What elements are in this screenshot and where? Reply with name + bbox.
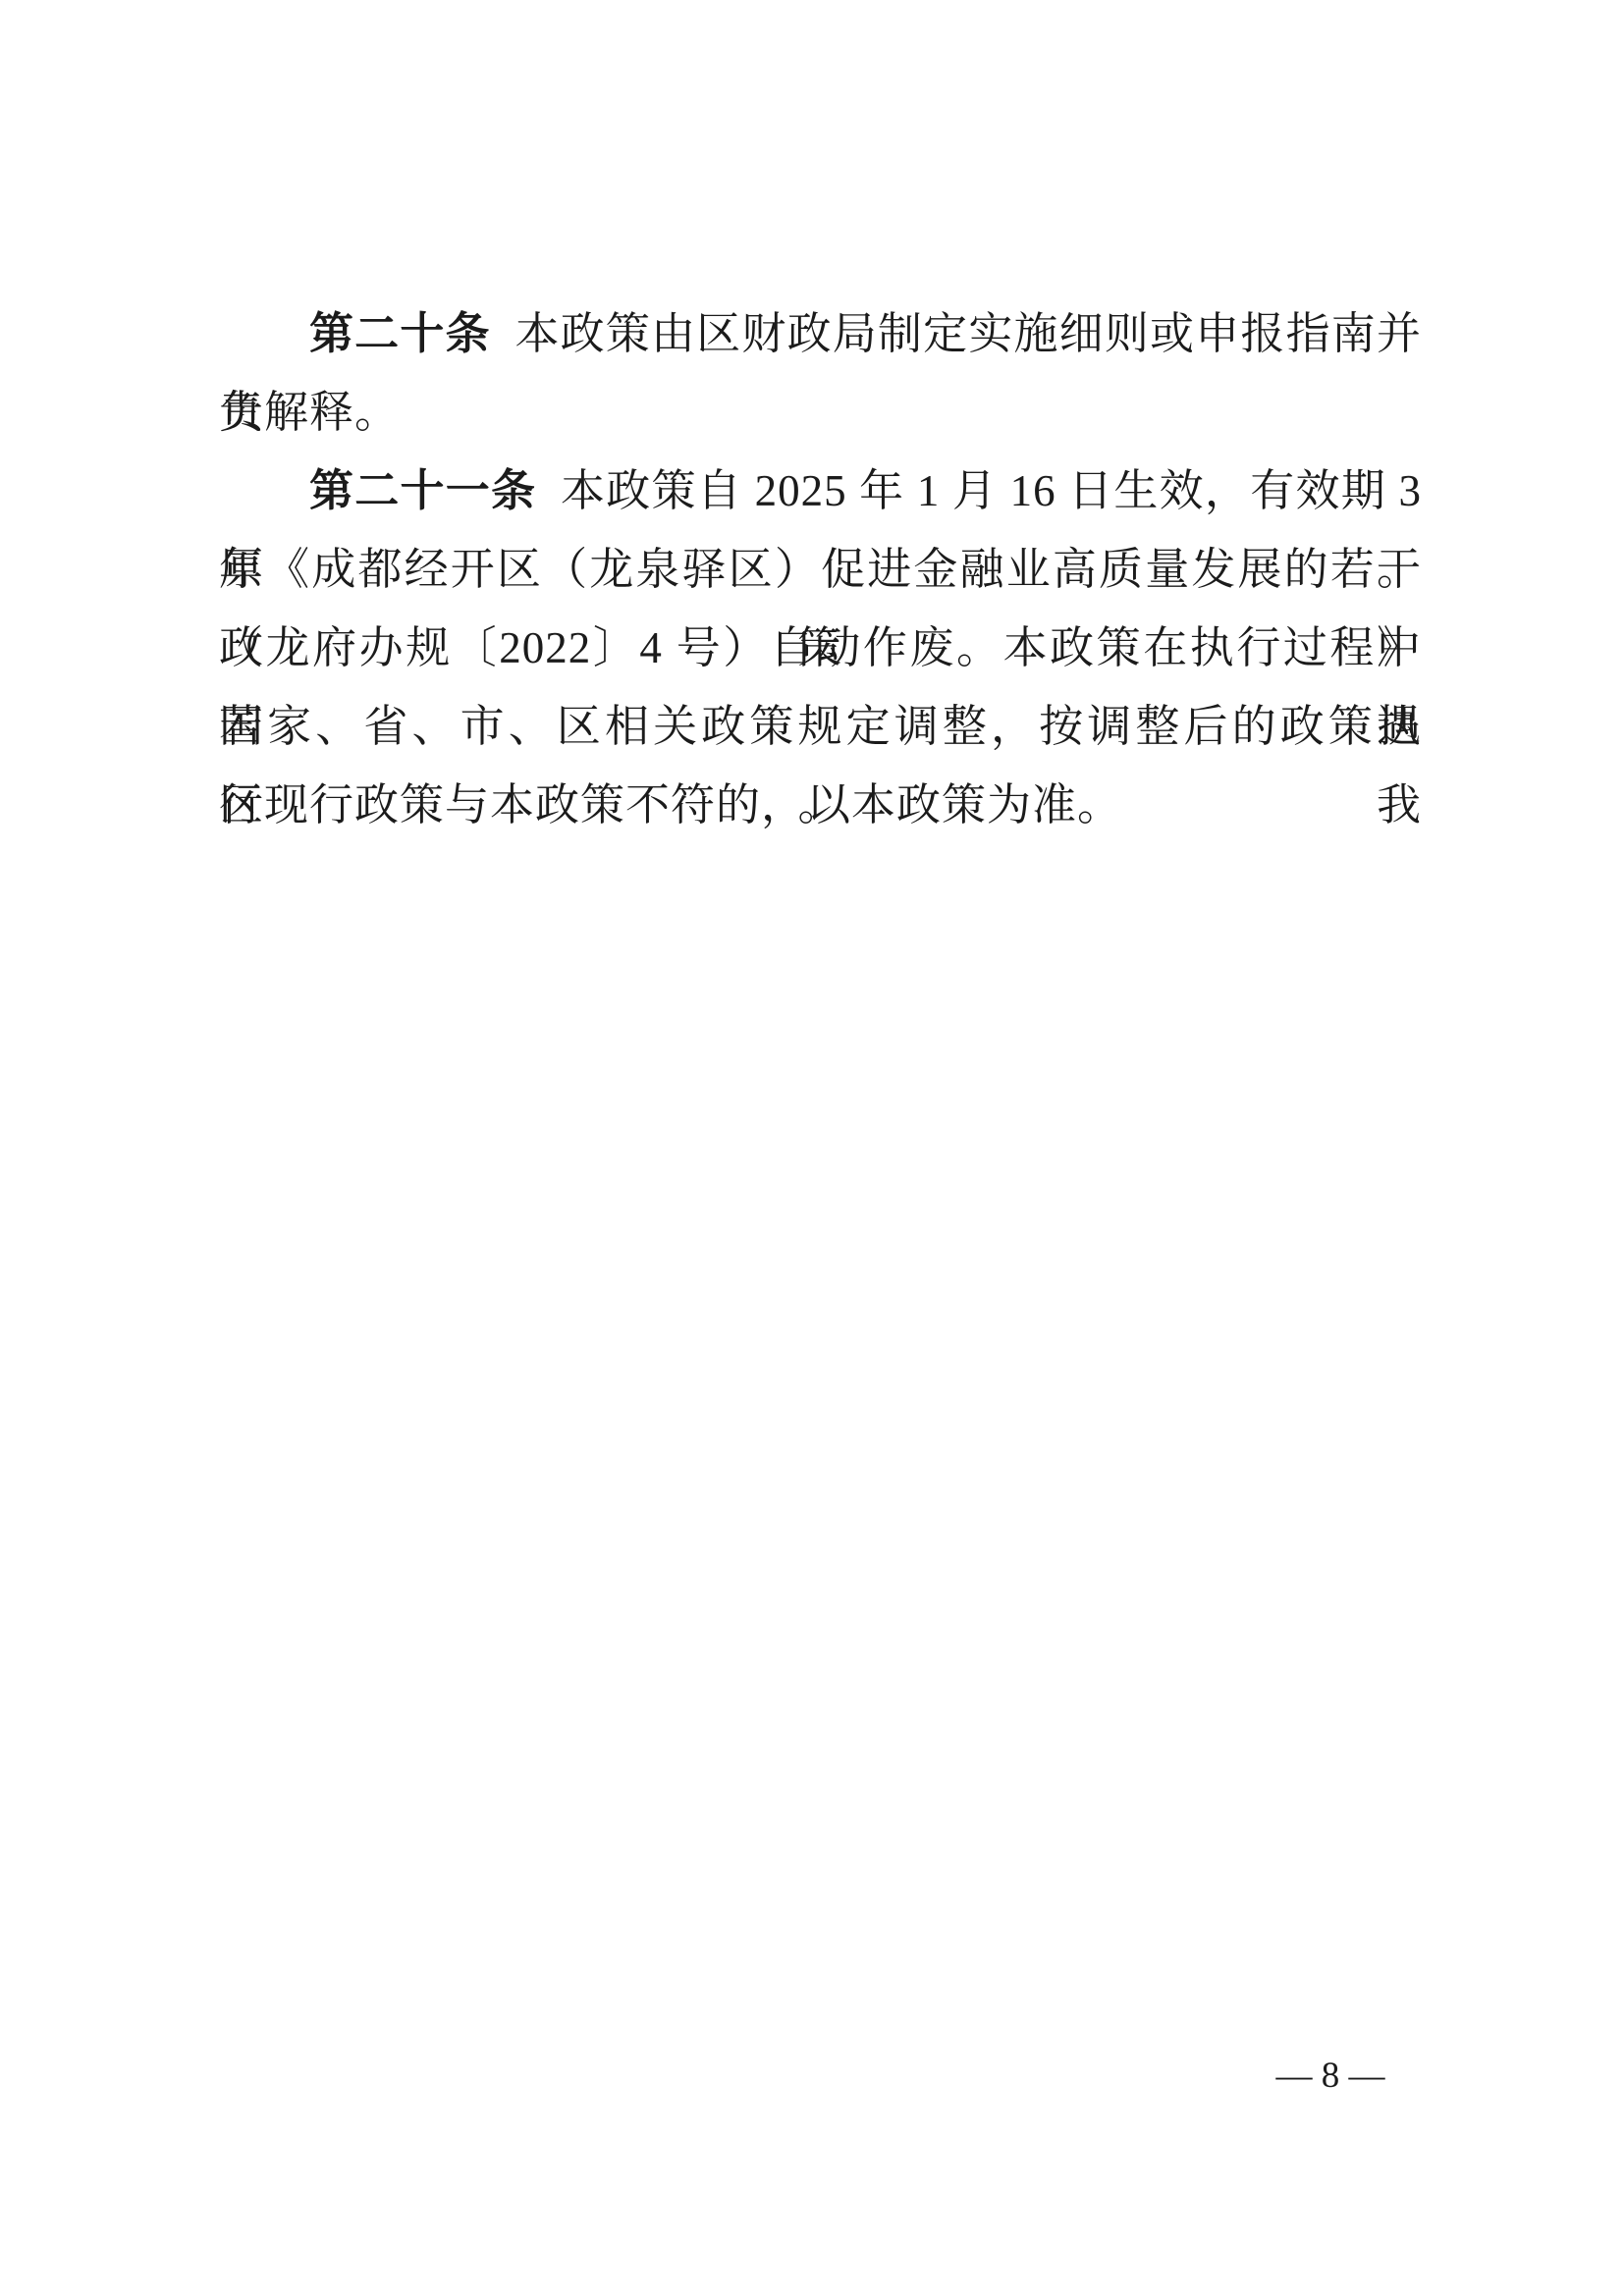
line-text: 区现行政策与本政策不符的，以本政策为准。 [219, 780, 1122, 829]
text-line-6: 国家、省、市、区相关政策规定调整，按调整后的政策执行。我 [219, 687, 1422, 766]
article-20-heading: 第二十条 [309, 309, 491, 358]
text-line-article-21: 第二十一条本政策自 2025 年 1 月 16 日生效，有效期 3 年。 [219, 452, 1422, 530]
article-21-heading: 第二十一条 [309, 466, 536, 515]
text-line-5: （龙府办规〔2022〕4 号）自动作废。本政策在执行过程中若遇 [219, 609, 1422, 687]
text-line-article-20: 第二十条本政策由区财政局制定实施细则或申报指南并负 [219, 294, 1422, 373]
text-line-4: 原《成都经开区（龙泉驿区）促进金融业高质量发展的若干政策》 [219, 530, 1422, 609]
document-text-block: 第二十条本政策由区财政局制定实施细则或申报指南并负 责解释。 第二十一条本政策自… [219, 294, 1422, 844]
page-number: — 8 — [1257, 2055, 1404, 2098]
document-page: 第二十条本政策由区财政局制定实施细则或申报指南并负 责解释。 第二十一条本政策自… [0, 0, 1624, 2296]
text-line-2: 责解释。 [219, 373, 1422, 452]
line-text: 责解释。 [219, 388, 400, 437]
